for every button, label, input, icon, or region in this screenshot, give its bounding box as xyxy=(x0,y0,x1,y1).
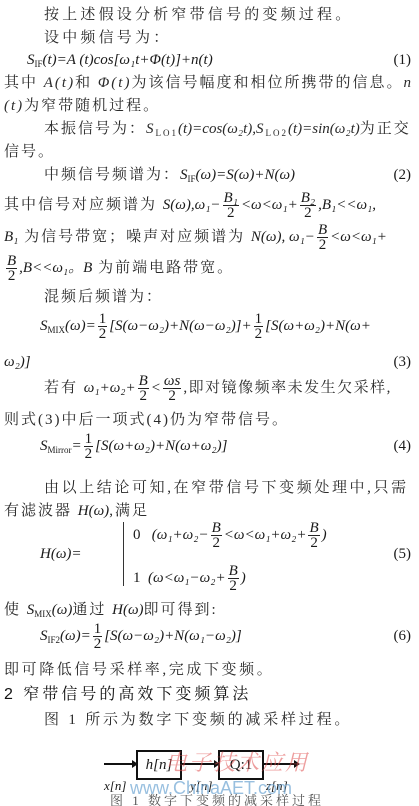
math-S: S xyxy=(146,121,156,137)
text: 为信号带宽；噪声对应频谱为 xyxy=(18,229,251,245)
num: ωs xyxy=(163,374,181,389)
math: (ω₁+ω₂− xyxy=(152,527,209,543)
den: 2 xyxy=(163,389,181,403)
equation-number-4: (4) xyxy=(394,430,412,462)
fraction: 12 xyxy=(84,432,94,461)
math: ω₁− xyxy=(285,229,315,245)
fraction: 12 xyxy=(93,622,103,651)
den: 2 xyxy=(98,327,108,341)
math: (ω) xyxy=(52,602,73,618)
paragraph-apply-filter: 使 SMIX(ω)通过 H(ω)即可得到: xyxy=(4,600,419,620)
math: ) xyxy=(322,527,327,543)
paragraph-if-signal: 设中频信号为： xyxy=(44,28,419,48)
den: 2 xyxy=(6,269,17,283)
num: B xyxy=(317,223,328,238)
equation-3-line2: ω₂)] (3) xyxy=(4,352,419,372)
paragraph-narrowband-noise: (t)为窄带随机过程。 xyxy=(4,96,419,116)
text: 为正交 xyxy=(360,121,411,137)
math: <ω<ω₁+ xyxy=(241,197,298,213)
fraction: B2 xyxy=(228,564,239,593)
math-t: (t) xyxy=(4,98,24,114)
sub: Mirror xyxy=(48,445,72,455)
math: (ω)=S(ω)+N(ω) xyxy=(196,167,296,183)
math: ,B₁<<ω₁, xyxy=(318,197,376,213)
math-A: A(t) xyxy=(44,75,75,91)
den: 2 xyxy=(317,238,328,252)
text: 和 xyxy=(75,75,98,91)
text: 其中信号对应频谱为 xyxy=(4,197,163,213)
paragraph-filter-intro: 由以上结论可知,在窄带信号下变频处理中,只需 xyxy=(44,478,419,498)
math-n: n xyxy=(403,75,413,91)
fraction: B2 xyxy=(308,521,319,550)
math: [S(ω−ω₂)+N(ω₁−ω₂)] xyxy=(104,628,242,644)
math: ,B<<ω₁。 xyxy=(19,260,83,276)
num: B xyxy=(228,564,239,579)
math: = xyxy=(72,438,82,454)
den: 2 xyxy=(300,206,316,220)
sub: IF2 xyxy=(48,635,61,645)
math: [S(ω+ω₂)+N(ω+ω₂)] xyxy=(95,438,227,454)
math: ) xyxy=(241,570,246,586)
fraction: 12 xyxy=(254,312,264,341)
watermark-logo: 电子技术应用 xyxy=(165,746,309,777)
paragraph-downconversion-complete: 即可降低信号采样率,完成下变频。 xyxy=(4,660,419,680)
section-heading-2: 2 窄带信号的高效下变频算法 xyxy=(4,685,419,705)
text: 有滤波器 xyxy=(4,503,78,519)
text: 其中 xyxy=(4,75,44,91)
sub: LO1 xyxy=(156,128,179,138)
math: (ω)= xyxy=(65,318,96,334)
den: 2 xyxy=(254,327,264,341)
text: 为窄带随机过程。 xyxy=(24,98,160,114)
math: H(ω) xyxy=(78,503,109,519)
text: 本振信号为： xyxy=(44,121,146,137)
math-S: S xyxy=(180,167,188,183)
text: 中频信号频谱为： xyxy=(44,167,180,183)
paragraph-amplitude-phase: 其中 A(t)和 Φ(t)为该信号幅度和相位所携带的信息。n xyxy=(4,73,419,93)
text: 即可得到: xyxy=(144,602,218,618)
input-arrow xyxy=(104,763,136,765)
paragraph-intro: 按上述假设分析窄带信号的变频过程。 xyxy=(44,5,419,25)
math: <ω<ω₁+ xyxy=(330,229,387,245)
fraction: 12 xyxy=(98,312,108,341)
equation-6: SIF2(ω)=12[S(ω−ω₂)+N(ω₁−ω₂)] (6) xyxy=(40,620,419,652)
paragraph-noise-spectrum: B₁ 为信号带宽；噪声对应频谱为 N(ω), ω₁−B2<ω<ω₁+ xyxy=(4,222,419,252)
math: B xyxy=(83,260,92,276)
equation-2: 中频信号频谱为：SIF(ω)=S(ω)+N(ω) (2) xyxy=(44,165,419,185)
math: ω₁+ω₂+ xyxy=(84,380,136,396)
text: 使 xyxy=(4,602,27,618)
paragraph-mirror-condition: 若有 ω₁+ω₂+B2<ωs2,即对镜像频率未发生欠采样, xyxy=(44,372,419,404)
math: (ω<ω₁−ω₂+ xyxy=(148,570,226,586)
text: 通过 xyxy=(72,602,112,618)
math-S: S xyxy=(40,628,48,644)
math: ,ω₁− xyxy=(191,197,221,213)
math: [S(ω−ω₂)+N(ω−ω₂)]+ xyxy=(109,318,251,334)
num: B xyxy=(211,521,222,536)
sub: MIX xyxy=(48,325,66,335)
num: 1 xyxy=(93,622,103,637)
sub: LO2 xyxy=(266,128,289,138)
num: B xyxy=(138,374,149,389)
math: N(ω), xyxy=(251,229,285,245)
fraction: B₁2 xyxy=(223,191,239,220)
paragraph-signal: 信号。 xyxy=(4,142,419,162)
num: 1 xyxy=(84,432,94,447)
sub: IF xyxy=(188,174,196,184)
num: B xyxy=(6,254,17,269)
den: 2 xyxy=(84,447,94,461)
text: ,即对镜像频率未发生欠采样, xyxy=(183,380,392,396)
math: H(ω) xyxy=(112,602,143,618)
fraction: B2 xyxy=(317,223,328,252)
equation-number-3: (3) xyxy=(394,352,412,372)
paragraph-narrowband-conclusion: 则式(3)中后一项式(4)仍为窄带信号。 xyxy=(4,410,419,430)
den: 2 xyxy=(223,206,239,220)
math-S: S xyxy=(40,438,48,454)
eq1-lhs: S xyxy=(27,52,35,68)
den: 2 xyxy=(228,579,239,593)
equation-1: SIF(t)=A (t)cos[ω₁t+Φ(t)]+n(t) (1) xyxy=(27,50,419,70)
math: [S(ω+ω₂)+N(ω+ xyxy=(265,318,371,334)
equation-3-line1: SMIX(ω)=12[S(ω−ω₂)+N(ω−ω₂)]+12[S(ω+ω₂)+N… xyxy=(40,310,419,342)
value: 1 xyxy=(133,570,141,586)
equation-4: SMirror=12[S(ω+ω₂)+N(ω+ω₂)] (4) xyxy=(40,430,419,462)
math-S: S xyxy=(40,318,48,334)
equation-5-case-2: 1 (ω<ω₁−ω₂+B2) xyxy=(133,563,419,593)
eq1-sub: IF xyxy=(35,59,43,69)
text: 为该信号幅度和相位所携带的信息。 xyxy=(131,75,403,91)
paragraph-bandwidth: B2,B<<ω₁。B 为前端电路带宽。 xyxy=(4,253,419,283)
math: H(ω)= xyxy=(40,546,82,562)
sub: MIX xyxy=(34,609,52,619)
paragraph-local-oscillator: 本振信号为：SLO1(t)=cos(ω₂t),SLO2(t)=sin(ω₂t)为… xyxy=(44,119,419,139)
den: 2 xyxy=(93,637,103,651)
math: S(ω) xyxy=(163,197,191,213)
math: (ω)= xyxy=(60,628,91,644)
math: (t)=cos(ω₂t), xyxy=(178,121,256,137)
fraction: B₂2 xyxy=(300,191,316,220)
math: B₁ xyxy=(4,229,18,245)
text: 为前端电路带宽。 xyxy=(92,260,234,276)
text: ,满足 xyxy=(109,503,149,519)
den: 2 xyxy=(211,536,222,550)
paragraph-mixing: 混频后频谱为： xyxy=(44,287,419,307)
num: B₁ xyxy=(223,191,239,206)
equation-number-2: (2) xyxy=(394,165,412,185)
math: (t)=sin(ω₂t) xyxy=(288,121,360,137)
equation-number-1: (1) xyxy=(394,50,412,70)
paragraph-figure-reference: 图 1 所示为数字下变频的减采样过程。 xyxy=(44,710,419,730)
num: B xyxy=(308,521,319,536)
den: 2 xyxy=(308,536,319,550)
fraction: B2 xyxy=(138,374,149,403)
paragraph-filter: 有滤波器 H(ω),满足 xyxy=(4,501,419,521)
paragraph-signal-spectrum: 其中信号对应频谱为 S(ω),ω₁−B₁2<ω<ω₁+B₂2,B₁<<ω₁, xyxy=(4,190,419,220)
fraction: ωs2 xyxy=(163,374,181,403)
math: <ω<ω₁+ω₂+ xyxy=(224,527,307,543)
figure-1-caption: 图 1 数字下变频的减采样过程 xyxy=(110,790,324,806)
math-S: S xyxy=(256,121,266,137)
num: B₂ xyxy=(300,191,316,206)
equation-5-case-1: 0 (ω₁+ω₂−B2<ω<ω₁+ω₂+B2) xyxy=(133,520,419,550)
num: 1 xyxy=(254,312,264,327)
equation-number-6: (6) xyxy=(394,620,412,652)
math-phi: Φ(t) xyxy=(98,75,132,91)
eq1-rhs: (t)=A (t)cos[ω₁t+Φ(t)]+n(t) xyxy=(43,52,213,68)
math: < xyxy=(151,380,161,396)
text: 若有 xyxy=(44,380,84,396)
math: ω₂)] xyxy=(4,354,31,370)
num: 1 xyxy=(98,312,108,327)
fraction: B2 xyxy=(6,254,17,283)
value: 0 xyxy=(133,527,141,543)
den: 2 xyxy=(138,389,149,403)
fraction: B2 xyxy=(211,521,222,550)
